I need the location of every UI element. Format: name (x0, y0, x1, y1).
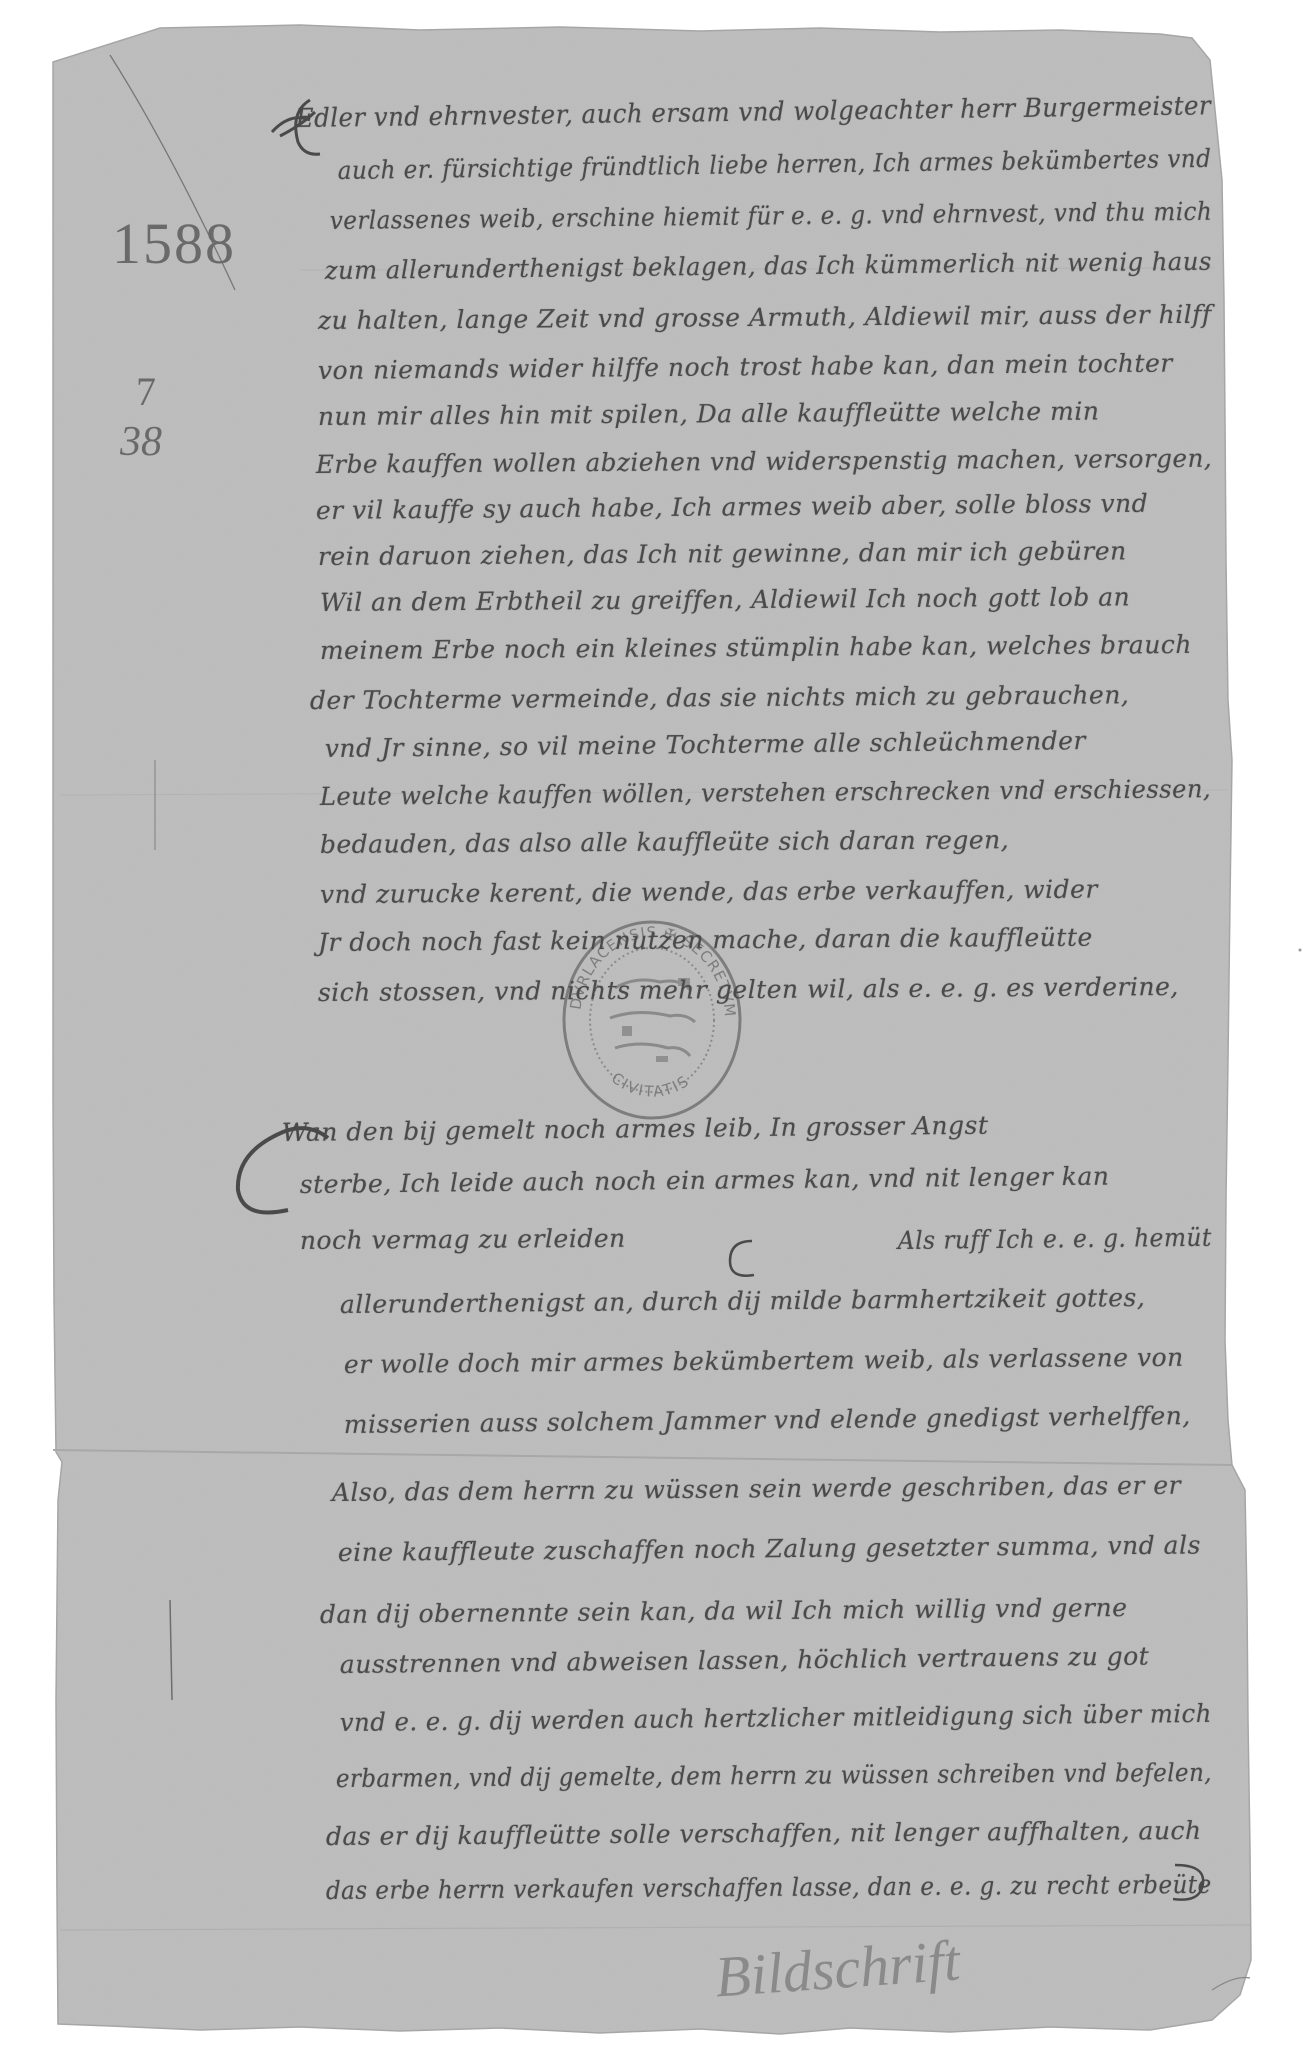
body-line: Als ruff Ich e. e. g. hemüt (898, 1223, 1212, 1255)
body-line: Jr doch noch fast kein nutzen mache, dar… (318, 923, 1093, 957)
svg-text:CIVITATIS: CIVITATIS (608, 1069, 693, 1101)
body-line: erbarmen, vnd dij gemelte, dem herrn zu … (336, 1758, 1212, 1793)
body-line: nun mir alles hin mit spilen, Da alle ka… (318, 397, 1100, 431)
body-line: der Tochterme vermeinde, das sie nichts … (310, 680, 1130, 715)
margin-year: 1588 (112, 210, 236, 277)
body-line: das er dij kauffleütte solle verschaffen… (326, 1816, 1202, 1851)
body-line: noch vermag zu erleiden (300, 1224, 626, 1255)
body-line: sich stossen, vnd nichts mehr gelten wil… (318, 972, 1179, 1007)
margin-folio-mark-top: 7 (136, 368, 156, 415)
document-page: 1588 7 38 DVRLACENSIS ✠ SECRETVM CIVITAT… (0, 0, 1304, 2049)
margin-folio-mark-bottom: 38 (120, 418, 162, 466)
seal-legend-bottom: CIVITATIS (608, 1069, 693, 1101)
body-line: vnd zurucke kerent, die wende, das erbe … (320, 875, 1098, 909)
body-line: bedauden, das also alle kauffleüte sich … (320, 825, 1009, 859)
small-c-flourish (722, 1235, 762, 1285)
body-line: das erbe herrn verkaufen verschaffen las… (326, 1870, 1212, 1905)
body-line: Wil an dem Erbtheil zu greiffen, Aldiewi… (320, 582, 1131, 617)
body-line: meinem Erbe noch ein kleines stümplin ha… (320, 630, 1192, 665)
body-line: rein daruon ziehen, das Ich nit gewinne,… (318, 536, 1127, 571)
